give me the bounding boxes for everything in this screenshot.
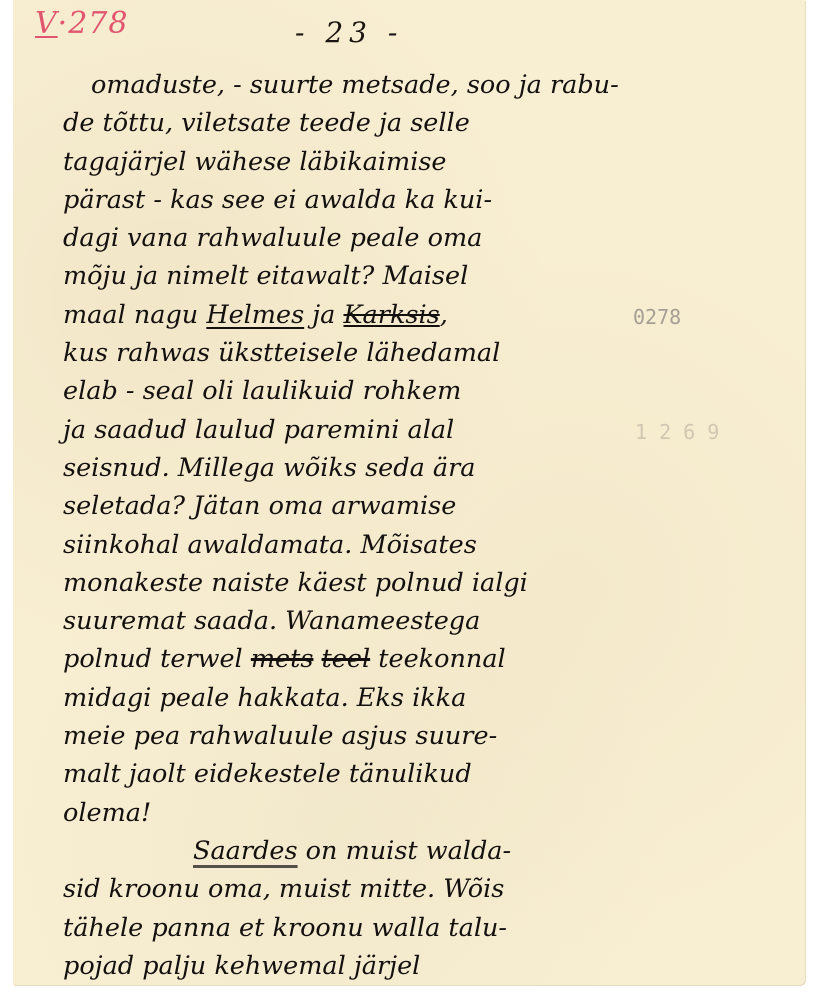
text-line: suuremat saada. Wanameestega [63, 602, 623, 640]
underlined-place-name: Helmes [206, 300, 304, 330]
text-line: omaduste, - suurte metsade, soo ja rabu- [63, 66, 623, 104]
text-line: seletada? Jätan oma arwamise [63, 487, 623, 525]
text-line: ja saadud laulud paremini alal [63, 411, 623, 449]
text-fragment: ja [304, 300, 343, 330]
text-fragment: on muist walda- [298, 836, 512, 866]
page-number: - 23 - [295, 16, 403, 49]
text-line: pärast - kas see ei awalda ka kui- [63, 181, 623, 219]
text-line: malt jaolt eidekestele tänulikud [63, 755, 623, 793]
struck-place-name: Karksis [344, 300, 440, 330]
text-line: de tõttu, viletsate teede ja selle [63, 104, 623, 142]
text-fragment: teekonnal [370, 644, 506, 674]
text-line: elab - seal oli laulikuid rohkem [63, 372, 623, 410]
struck-word: mets [251, 644, 314, 674]
archive-stamp-faded: 1 2 6 9 [635, 420, 719, 444]
archive-mark: V·278 [35, 6, 128, 41]
text-fragment [313, 644, 321, 674]
manuscript-page: V·278 - 23 - 0278 1 2 6 9 omaduste, - su… [13, 0, 805, 985]
text-line: pojad palju kehwemal järjel [63, 947, 623, 985]
text-line: dagi vana rahwaluule peale oma [63, 219, 623, 257]
archive-mark-separator: · [58, 6, 69, 41]
text-line: midagi peale hakkata. Eks ikka [63, 679, 623, 717]
text-line: polnud terwel mets teel teekonnal [63, 640, 623, 678]
text-line: meie pea rahwaluule asjus suure- [63, 717, 623, 755]
text-line: olema! [63, 794, 623, 832]
text-fragment: , [440, 300, 448, 330]
text-line: kus rahwas ükstteisele lähedamal [63, 334, 623, 372]
text-line: mõju ja nimelt eitawalt? Maisel [63, 257, 623, 295]
text-line: sid kroonu oma, muist mitte. Wõis [63, 870, 623, 908]
handwritten-text-body: omaduste, - suurte metsade, soo ja rabu-… [63, 66, 623, 985]
text-line-paragraph-start: Saardes on muist walda- [63, 832, 623, 870]
archive-stamp-number: 0278 [633, 305, 681, 329]
struck-word: teel [322, 644, 371, 674]
archive-mark-roman: V [35, 6, 58, 41]
text-line: tähele panna et kroonu walla talu- [63, 909, 623, 947]
text-line: siinkohal awaldamata. Mõisates [63, 526, 623, 564]
text-fragment: polnud terwel [63, 644, 251, 674]
underlined-place-name: Saardes [193, 836, 298, 866]
text-fragment: maal nagu [63, 300, 206, 330]
text-line: tagajärjel wähese läbikaimise [63, 143, 623, 181]
text-line: maal nagu Helmes ja Karksis, [63, 296, 623, 334]
text-line: seisnud. Millega wõiks seda ära [63, 449, 623, 487]
text-line: monakeste naiste käest polnud ialgi [63, 564, 623, 602]
archive-mark-number: 278 [68, 6, 128, 41]
